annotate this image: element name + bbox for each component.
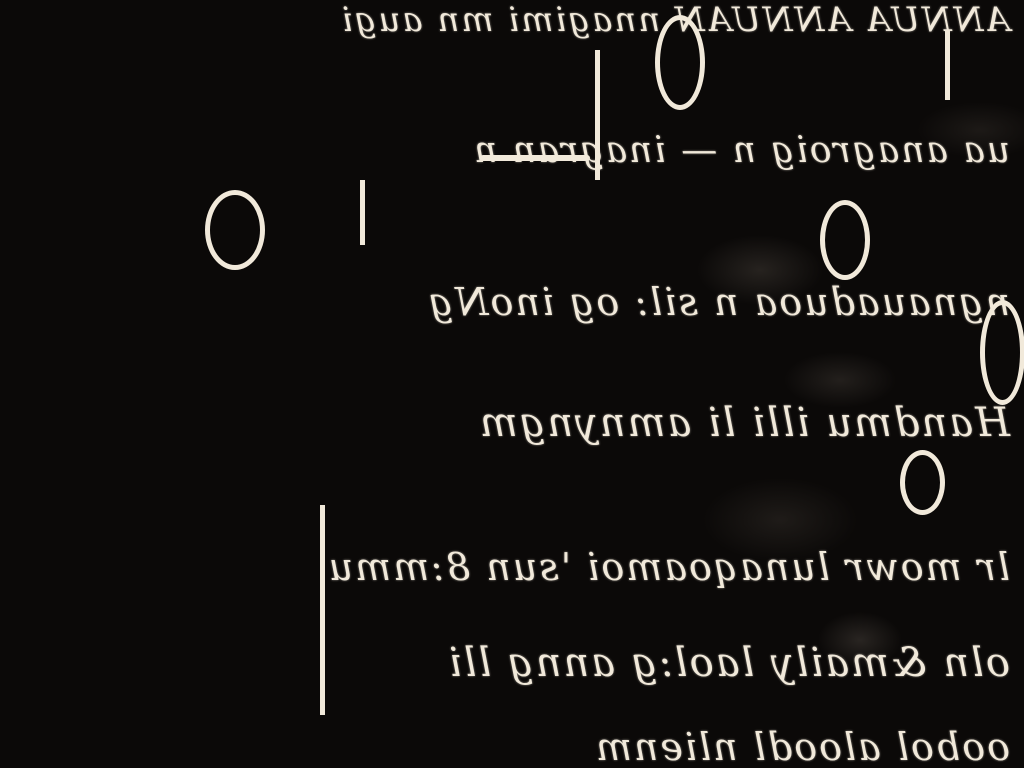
- script-line-5: lr mowr lunaqoamoi 'sun 8:mmu: [10, 545, 1010, 589]
- script-line-1: ANNUA ANNUAN nnagimi mn augi: [10, 0, 1010, 40]
- vertical-stroke: [595, 50, 600, 180]
- script-line-7: oobol aloodl nlienm: [30, 725, 1010, 768]
- vertical-stroke: [360, 180, 365, 245]
- horizontal-stroke: [480, 155, 590, 161]
- loop-stroke: [205, 190, 265, 270]
- vertical-stroke: [320, 505, 325, 715]
- vertical-stroke: [945, 30, 950, 100]
- script-line-3: ngnauaduoa n sil: og inoNg: [10, 280, 1010, 324]
- loop-stroke: [980, 300, 1024, 405]
- loop-stroke: [655, 15, 705, 110]
- loop-stroke: [820, 200, 870, 280]
- script-line-2: ua anagroig n — inagran n: [10, 130, 1010, 171]
- script-line-4: Handmu illi li amnyngm: [40, 400, 1010, 446]
- script-line-6: oln &maily laol:g anng lli: [10, 640, 1010, 686]
- handwritten-manuscript-photo: ANNUA ANNUAN nnagimi mn augi ua anagroig…: [0, 0, 1024, 768]
- loop-stroke: [900, 450, 945, 515]
